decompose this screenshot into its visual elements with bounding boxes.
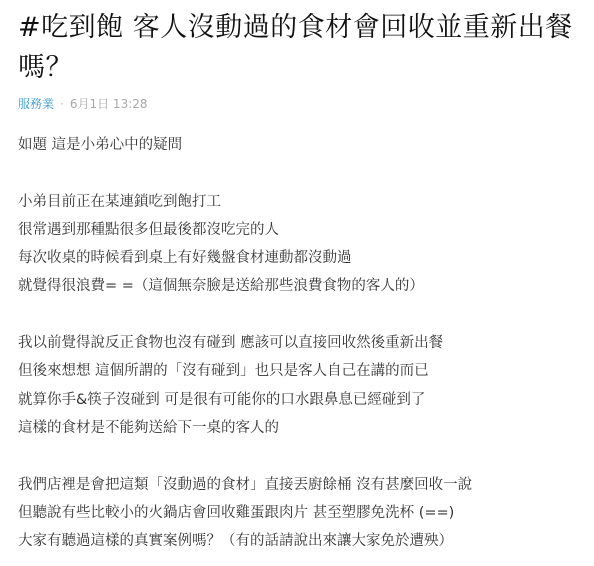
post: #吃到飽 客人沒動過的食材會回收並重新出餐 嗎？ 服務業 · 6月1日 13:2… (18, 8, 588, 555)
post-meta: 服務業 · 6月1日 13:28 (18, 95, 588, 113)
body-line: 如題 這是小弟心中的疑問 (18, 131, 588, 159)
body-line: 就算你手&筷子沒碰到 可是很有可能你的口水跟鼻息已經碰到了 (18, 386, 588, 414)
post-body: 如題 這是小弟心中的疑問 小弟目前正在某連鎖吃到飽打工 很常遇到那種點很多但最後… (18, 131, 588, 555)
body-line-blank (18, 159, 588, 187)
body-line-blank (18, 301, 588, 329)
body-line: 我以前覺得說反正食物也沒有碰到 應該可以直接回收然後重新出餐 (18, 329, 588, 357)
body-line: 很常遇到那種點很多但最後都沒吃完的人 (18, 216, 588, 244)
post-title-line-1: #吃到飽 客人沒動過的食材會回收並重新出餐 (18, 12, 573, 43)
body-line-blank (18, 442, 588, 470)
body-line: 大家有聽過這樣的真實案例嗎？（有的話請說出來讓大家免於遭殃） (18, 527, 588, 555)
body-line: 每次收桌的時候看到桌上有好幾盤食材連動都沒動過 (18, 244, 588, 272)
body-line: 這樣的食材是不能夠送給下一桌的客人的 (18, 414, 588, 442)
board-link[interactable]: 服務業 (18, 95, 54, 113)
body-line: 就覺得很浪費= =（這個無奈臉是送給那些浪費食物的客人的） (18, 272, 588, 300)
body-line: 我們店裡是會把這類「沒動過的食材」直接丟廚餘桶 沒有甚麼回收一說 (18, 471, 588, 499)
body-line: 但聽說有些比較小的火鍋店會回收雞蛋跟肉片 甚至塑膠免洗杯 (==) (18, 499, 588, 527)
body-line: 但後來想想 這個所謂的「沒有碰到」也只是客人自己在講的而已 (18, 357, 588, 385)
post-title-line-2: 嗎？ (18, 52, 73, 83)
meta-separator: · (60, 95, 64, 113)
post-title: #吃到飽 客人沒動過的食材會回收並重新出餐 嗎？ (18, 8, 588, 88)
post-timestamp: 6月1日 13:28 (70, 95, 148, 113)
body-line: 小弟目前正在某連鎖吃到飽打工 (18, 188, 588, 216)
